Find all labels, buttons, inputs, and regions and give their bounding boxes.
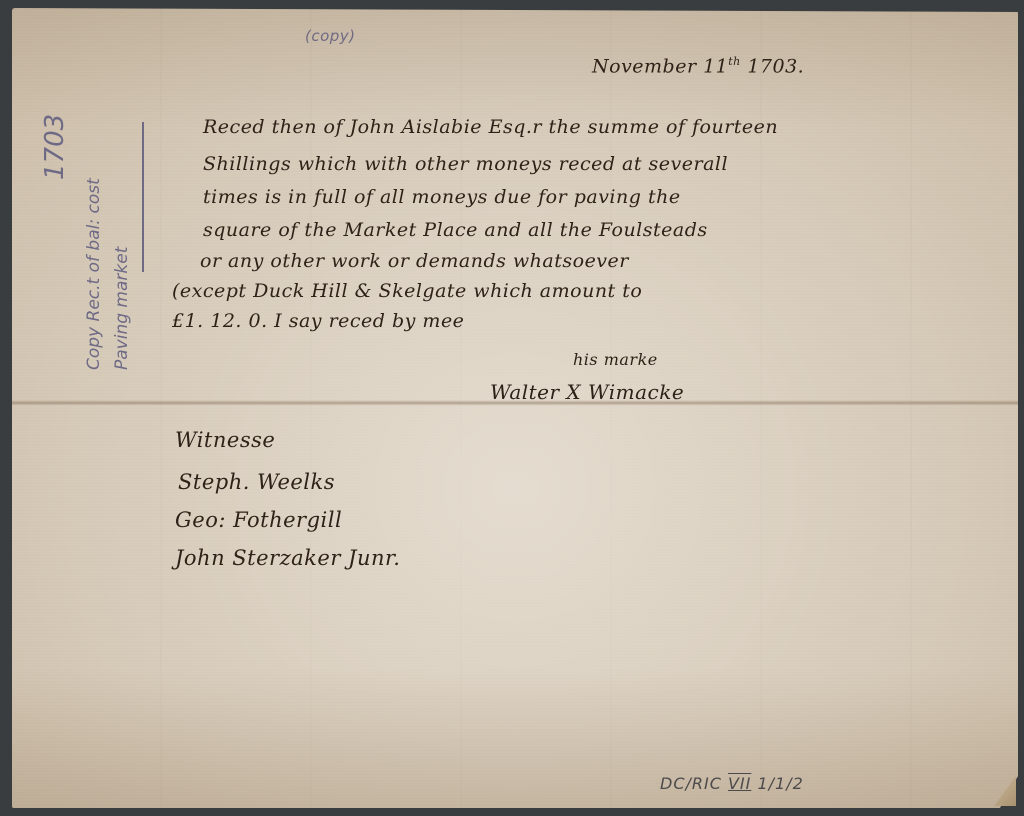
margin-note-line-1: Copy Rec.t of bal: cost bbox=[84, 178, 104, 370]
witness-name: Geo: Fothergill bbox=[175, 508, 342, 532]
signature-name: Walter X Wimacke bbox=[490, 380, 684, 404]
body-line-5: or any other work or demands whatsoever bbox=[200, 250, 629, 272]
archive-reference: DC/RIC VII 1/1/2 bbox=[660, 774, 804, 793]
margin-underline bbox=[142, 122, 144, 272]
archive-ref-suffix: 1/1/2 bbox=[757, 774, 803, 793]
body-line-7: £1. 12. 0. I say reced by mee bbox=[172, 310, 464, 332]
date-year: 1703. bbox=[747, 55, 804, 77]
witness-name: Steph. Weelks bbox=[178, 470, 335, 494]
copy-note: (copy) bbox=[305, 27, 356, 45]
body-line-6: (except Duck Hill & Skelgate which amoun… bbox=[172, 280, 642, 302]
body-line-1: Reced then of John Aislabie Esq.r the su… bbox=[203, 116, 778, 138]
date-suffix: th bbox=[728, 55, 741, 68]
body-line-3: times is in full of all moneys due for p… bbox=[203, 186, 681, 208]
signature-mark-label: his marke bbox=[573, 350, 658, 369]
archive-ref-volume: VII bbox=[728, 774, 751, 793]
body-line-4: square of the Market Place and all the F… bbox=[203, 219, 708, 241]
witness-heading: Witnesse bbox=[175, 428, 275, 452]
archive-ref-prefix: DC/RIC bbox=[660, 774, 722, 793]
body-line-2: Shillings which with other moneys reced … bbox=[203, 153, 728, 175]
document-date: November 11th 1703. bbox=[592, 55, 804, 77]
witness-name: John Sterzaker Junr. bbox=[175, 546, 400, 570]
margin-year: 1703 bbox=[40, 114, 70, 180]
margin-note-line-2: Paving market bbox=[112, 247, 132, 370]
date-day: November 11 bbox=[592, 55, 728, 77]
